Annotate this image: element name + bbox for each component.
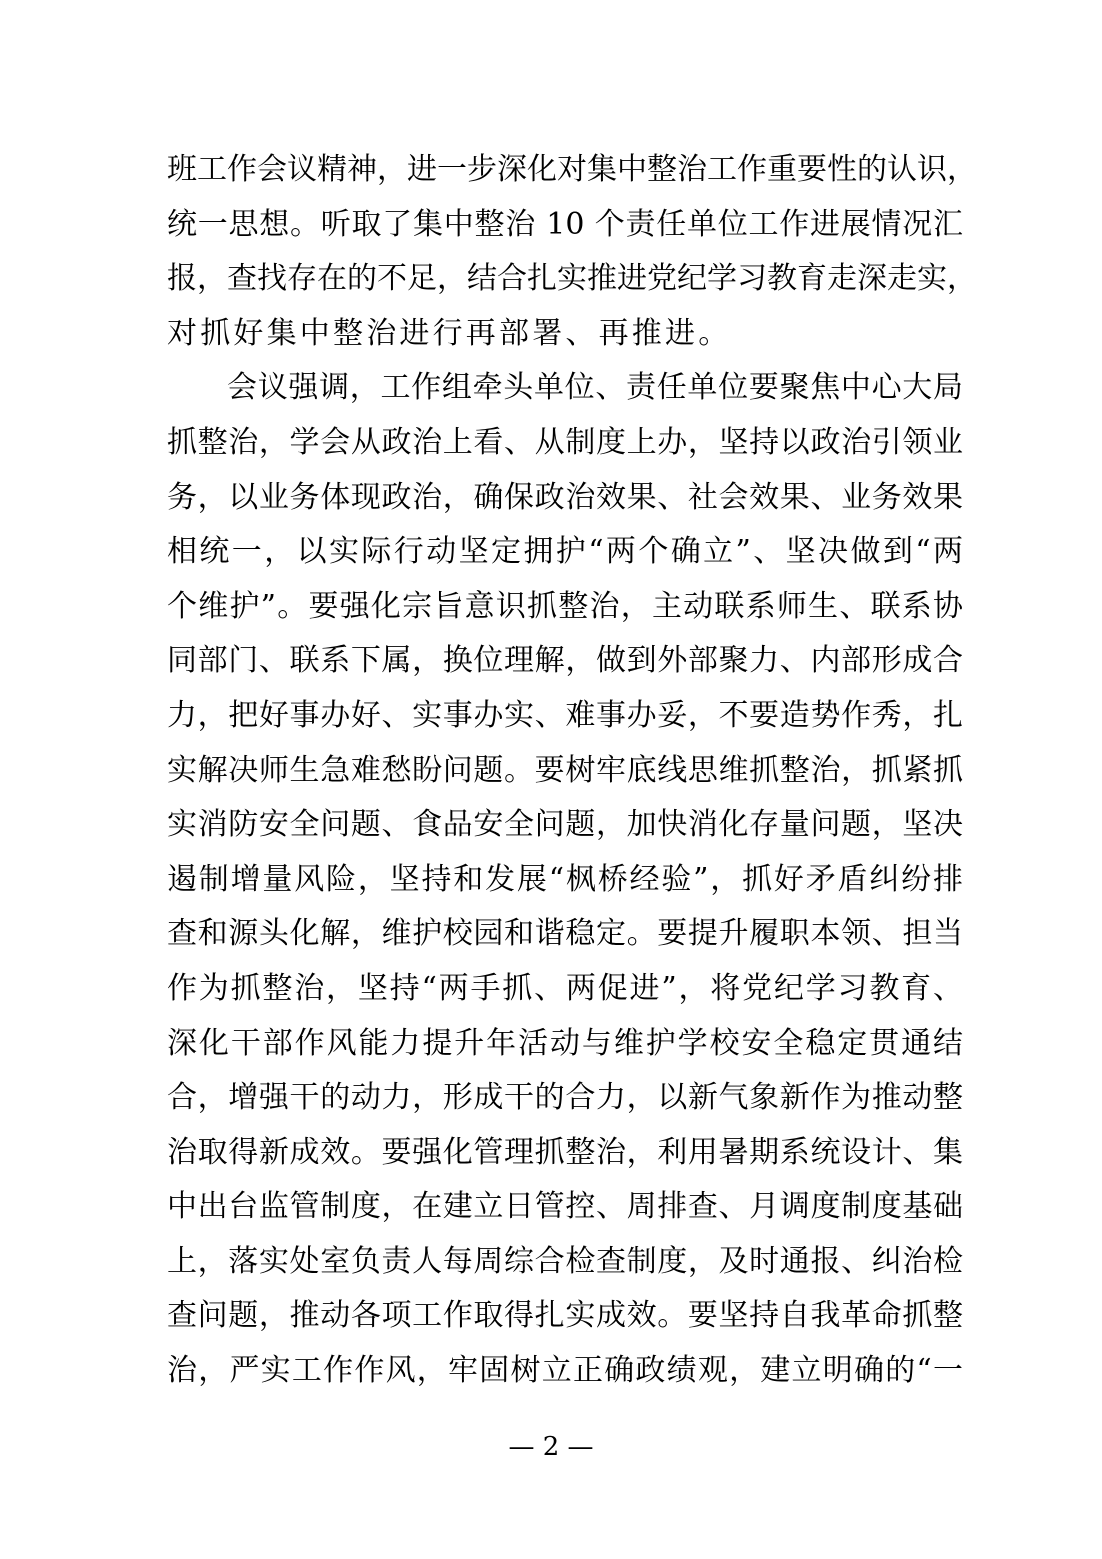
text-line: 务，以业务体现政治，确保政治效果、社会效果、业务效果 bbox=[167, 471, 963, 526]
paragraph: 班工作会议精神，进一步深化对集中整治工作重要性的认识， 统一思想。听取了集中整治… bbox=[167, 143, 963, 361]
text-line: 对抓好集中整治进行再部署、再推进。 bbox=[167, 307, 963, 362]
text-line: 力，把好事办好、实事办实、难事办妥，不要造势作秀，扎 bbox=[167, 689, 963, 744]
text-line: 会议强调，工作组牵头单位、责任单位要聚焦中心大局 bbox=[167, 361, 963, 416]
text-line: 班工作会议精神，进一步深化对集中整治工作重要性的认识， bbox=[167, 143, 963, 198]
text-line: 查和源头化解，维护校园和谐稳定。要提升履职本领、担当 bbox=[167, 907, 963, 962]
text-line: 实消防安全问题、食品安全问题，加快消化存量问题，坚决 bbox=[167, 798, 963, 853]
text-line: 报，查找存在的不足，结合扎实推进党纪学习教育走深走实， bbox=[167, 252, 963, 307]
page-number: — 2 — bbox=[0, 1432, 1102, 1462]
paragraph: 会议强调，工作组牵头单位、责任单位要聚焦中心大局 抓整治，学会从政治上看、从制度… bbox=[167, 361, 963, 1398]
text-line: 合，增强干的动力，形成干的合力，以新气象新作为推动整 bbox=[167, 1071, 963, 1126]
text-line: 同部门、联系下属，换位理解，做到外部聚力、内部形成合 bbox=[167, 634, 963, 689]
document-body: 班工作会议精神，进一步深化对集中整治工作重要性的认识， 统一思想。听取了集中整治… bbox=[167, 143, 963, 1399]
text-line: 实解决师生急难愁盼问题。要树牢底线思维抓整治，抓紧抓 bbox=[167, 744, 963, 799]
text-line: 治，严实工作作风，牢固树立正确政绩观，建立明确的“一 bbox=[167, 1344, 963, 1399]
text-line: 中出台监管制度，在建立日管控、周排查、月调度制度基础 bbox=[167, 1180, 963, 1235]
text-line: 个维护”。要强化宗旨意识抓整治，主动联系师生、联系协 bbox=[167, 580, 963, 635]
text-line: 深化干部作风能力提升年活动与维护学校安全稳定贯通结 bbox=[167, 1017, 963, 1072]
text-line: 上，落实处室负责人每周综合检查制度，及时通报、纠治检 bbox=[167, 1235, 963, 1290]
text-line: 查问题，推动各项工作取得扎实成效。要坚持自我革命抓整 bbox=[167, 1289, 963, 1344]
text-line: 抓整治，学会从政治上看、从制度上办，坚持以政治引领业 bbox=[167, 416, 963, 471]
text-line: 统一思想。听取了集中整治 10 个责任单位工作进展情况汇 bbox=[167, 198, 963, 253]
text-line: 作为抓整治，坚持“两手抓、两促进”，将党纪学习教育、 bbox=[167, 962, 963, 1017]
text-line: 相统一，以实际行动坚定拥护“两个确立”、坚决做到“两 bbox=[167, 525, 963, 580]
text-line: 治取得新成效。要强化管理抓整治，利用暑期系统设计、集 bbox=[167, 1126, 963, 1181]
document-page: 班工作会议精神，进一步深化对集中整治工作重要性的认识， 统一思想。听取了集中整治… bbox=[0, 0, 1102, 1559]
text-line: 遏制增量风险，坚持和发展“枫桥经验”，抓好矛盾纠纷排 bbox=[167, 853, 963, 908]
